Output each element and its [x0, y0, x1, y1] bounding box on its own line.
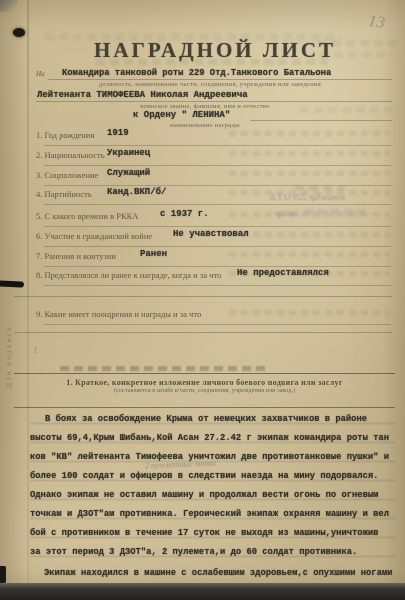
field-row-social-status: 3. Соцположение Служащий: [36, 170, 391, 186]
field-value: Ранен: [140, 249, 167, 259]
header-prefix: На: [36, 70, 45, 78]
field-value: Канд.ВКП/б/: [107, 187, 166, 197]
margin-note-vertical: Для подписи: [4, 268, 13, 388]
field-number: 4.: [36, 189, 42, 199]
field-number: 6.: [36, 231, 42, 241]
field-number: 1.: [36, 130, 42, 140]
body-line: Однако экипаж не оставил машину и продол…: [30, 486, 395, 505]
stray-mark: 1: [33, 345, 38, 355]
body-line: В боях за освобождение Крыма от немецких…: [30, 410, 395, 429]
field-number: 2.: [36, 150, 42, 160]
field-number: 7.: [36, 251, 42, 261]
body-line: бой с противником в течение 17 суток не …: [30, 524, 395, 543]
award-caption: наименование награды: [120, 122, 290, 129]
field-row-nationality: 2. Национальность Украинец: [36, 150, 391, 166]
field-value: 1919: [107, 128, 129, 138]
handwritten-page-number: 13: [367, 11, 387, 33]
position-and-unit: Командира танковой роты 229 Отд.Танковог…: [62, 68, 331, 78]
bleed-through-smudge: [305, 209, 365, 215]
field-value: Не предоставлялся: [237, 268, 329, 278]
field-label: Ранения и контузии: [45, 251, 116, 261]
ink-blot-bottom-left: [0, 566, 6, 583]
field-number: 8.: [36, 270, 42, 280]
punch-hole: [13, 28, 25, 37]
field-row-wounds: 7. Ранения и контузии Ранен: [36, 251, 391, 267]
field-value: с 1937 г.: [160, 209, 209, 219]
erased-text-smudge: [60, 366, 265, 371]
name-caption: воинское звание, фамилия, имя и отчество: [90, 103, 320, 110]
field-row-birth-year: 1. Год рождения 1919: [36, 130, 391, 146]
field-label: С какого времени в РККА: [45, 211, 139, 221]
field-value: Не учавствовал: [173, 229, 249, 239]
ruled-line: [250, 120, 392, 121]
continuation-rule: [14, 296, 392, 297]
continuation-rule: [14, 332, 392, 333]
body-line: более 100 солдат и офицеров в следствии …: [30, 467, 395, 486]
feat-description-section-header: 1. Краткое, конкретное изложение личного…: [14, 373, 395, 408]
bleed-through-text: майор: [275, 208, 299, 218]
body-last-line: Экипаж находился в машине с ослабевшим з…: [44, 568, 392, 578]
field-row-civil-war-participation: 6. Участие в гражданской войне Не учавст…: [36, 231, 391, 247]
body-line: за этот период 3 ДЗОТ"а, 2 пулемета,и до…: [30, 543, 395, 562]
field-value: Украинец: [107, 148, 150, 158]
field-label: Год рождения: [45, 130, 95, 140]
rank-and-name: Лейтенанта ТИМОФЕЕВА Николая Андреевича: [37, 90, 248, 100]
bleed-through-text: командир 229 О.Т.Б.: [268, 192, 345, 202]
field-label: Национальность: [45, 150, 105, 160]
document-title: НАГРАДНОЙ ЛИСТ: [94, 38, 336, 63]
body-line: высоты 69,4,Крым Шибань,Кой Асан 27.2.42…: [30, 429, 395, 448]
field-row-commendations: 9. Какие имеет поощрения и награды и за …: [36, 309, 391, 325]
ruled-line: [36, 101, 392, 102]
scan-edge-band: [0, 583, 405, 600]
ruled-line: [48, 79, 392, 80]
section-subtitle: (составляется в штабе в/части, соединени…: [14, 387, 395, 394]
position-caption: должность, наименование части, соединени…: [60, 81, 360, 88]
field-row-prior-nominations: 8. Представлялся ли ранее к награде, ког…: [36, 270, 391, 286]
field-label: Представлялся ли ранее к награде, когда …: [45, 270, 222, 280]
award-sheet-scan: 13 Для подписи 1 НАГРАДНОЙ ЛИСТ На Коман…: [0, 0, 405, 600]
award-name: к Ордену " ЛЕНИНА": [133, 110, 230, 120]
field-label: Соцположение: [45, 170, 99, 180]
body-line: точкам и ДЗОТ"ам противника. Героический…: [30, 505, 395, 524]
corner-shadow: [0, 0, 18, 12]
field-label: Участие в гражданской войне: [45, 231, 153, 241]
field-value: Служащий: [107, 168, 150, 178]
field-number: 5.: [36, 211, 42, 221]
field-label: Партийность: [45, 189, 92, 199]
field-label: Какие имеет поощрения и награды и за что: [45, 309, 202, 319]
feat-description-text: В боях за освобождение Крыма от немецких…: [30, 410, 395, 562]
field-number: 3.: [36, 170, 42, 180]
field-number: 9.: [36, 309, 42, 319]
left-edge-crease: [27, 0, 29, 600]
section-title: 1. Краткое, конкретное изложение личного…: [14, 378, 395, 387]
